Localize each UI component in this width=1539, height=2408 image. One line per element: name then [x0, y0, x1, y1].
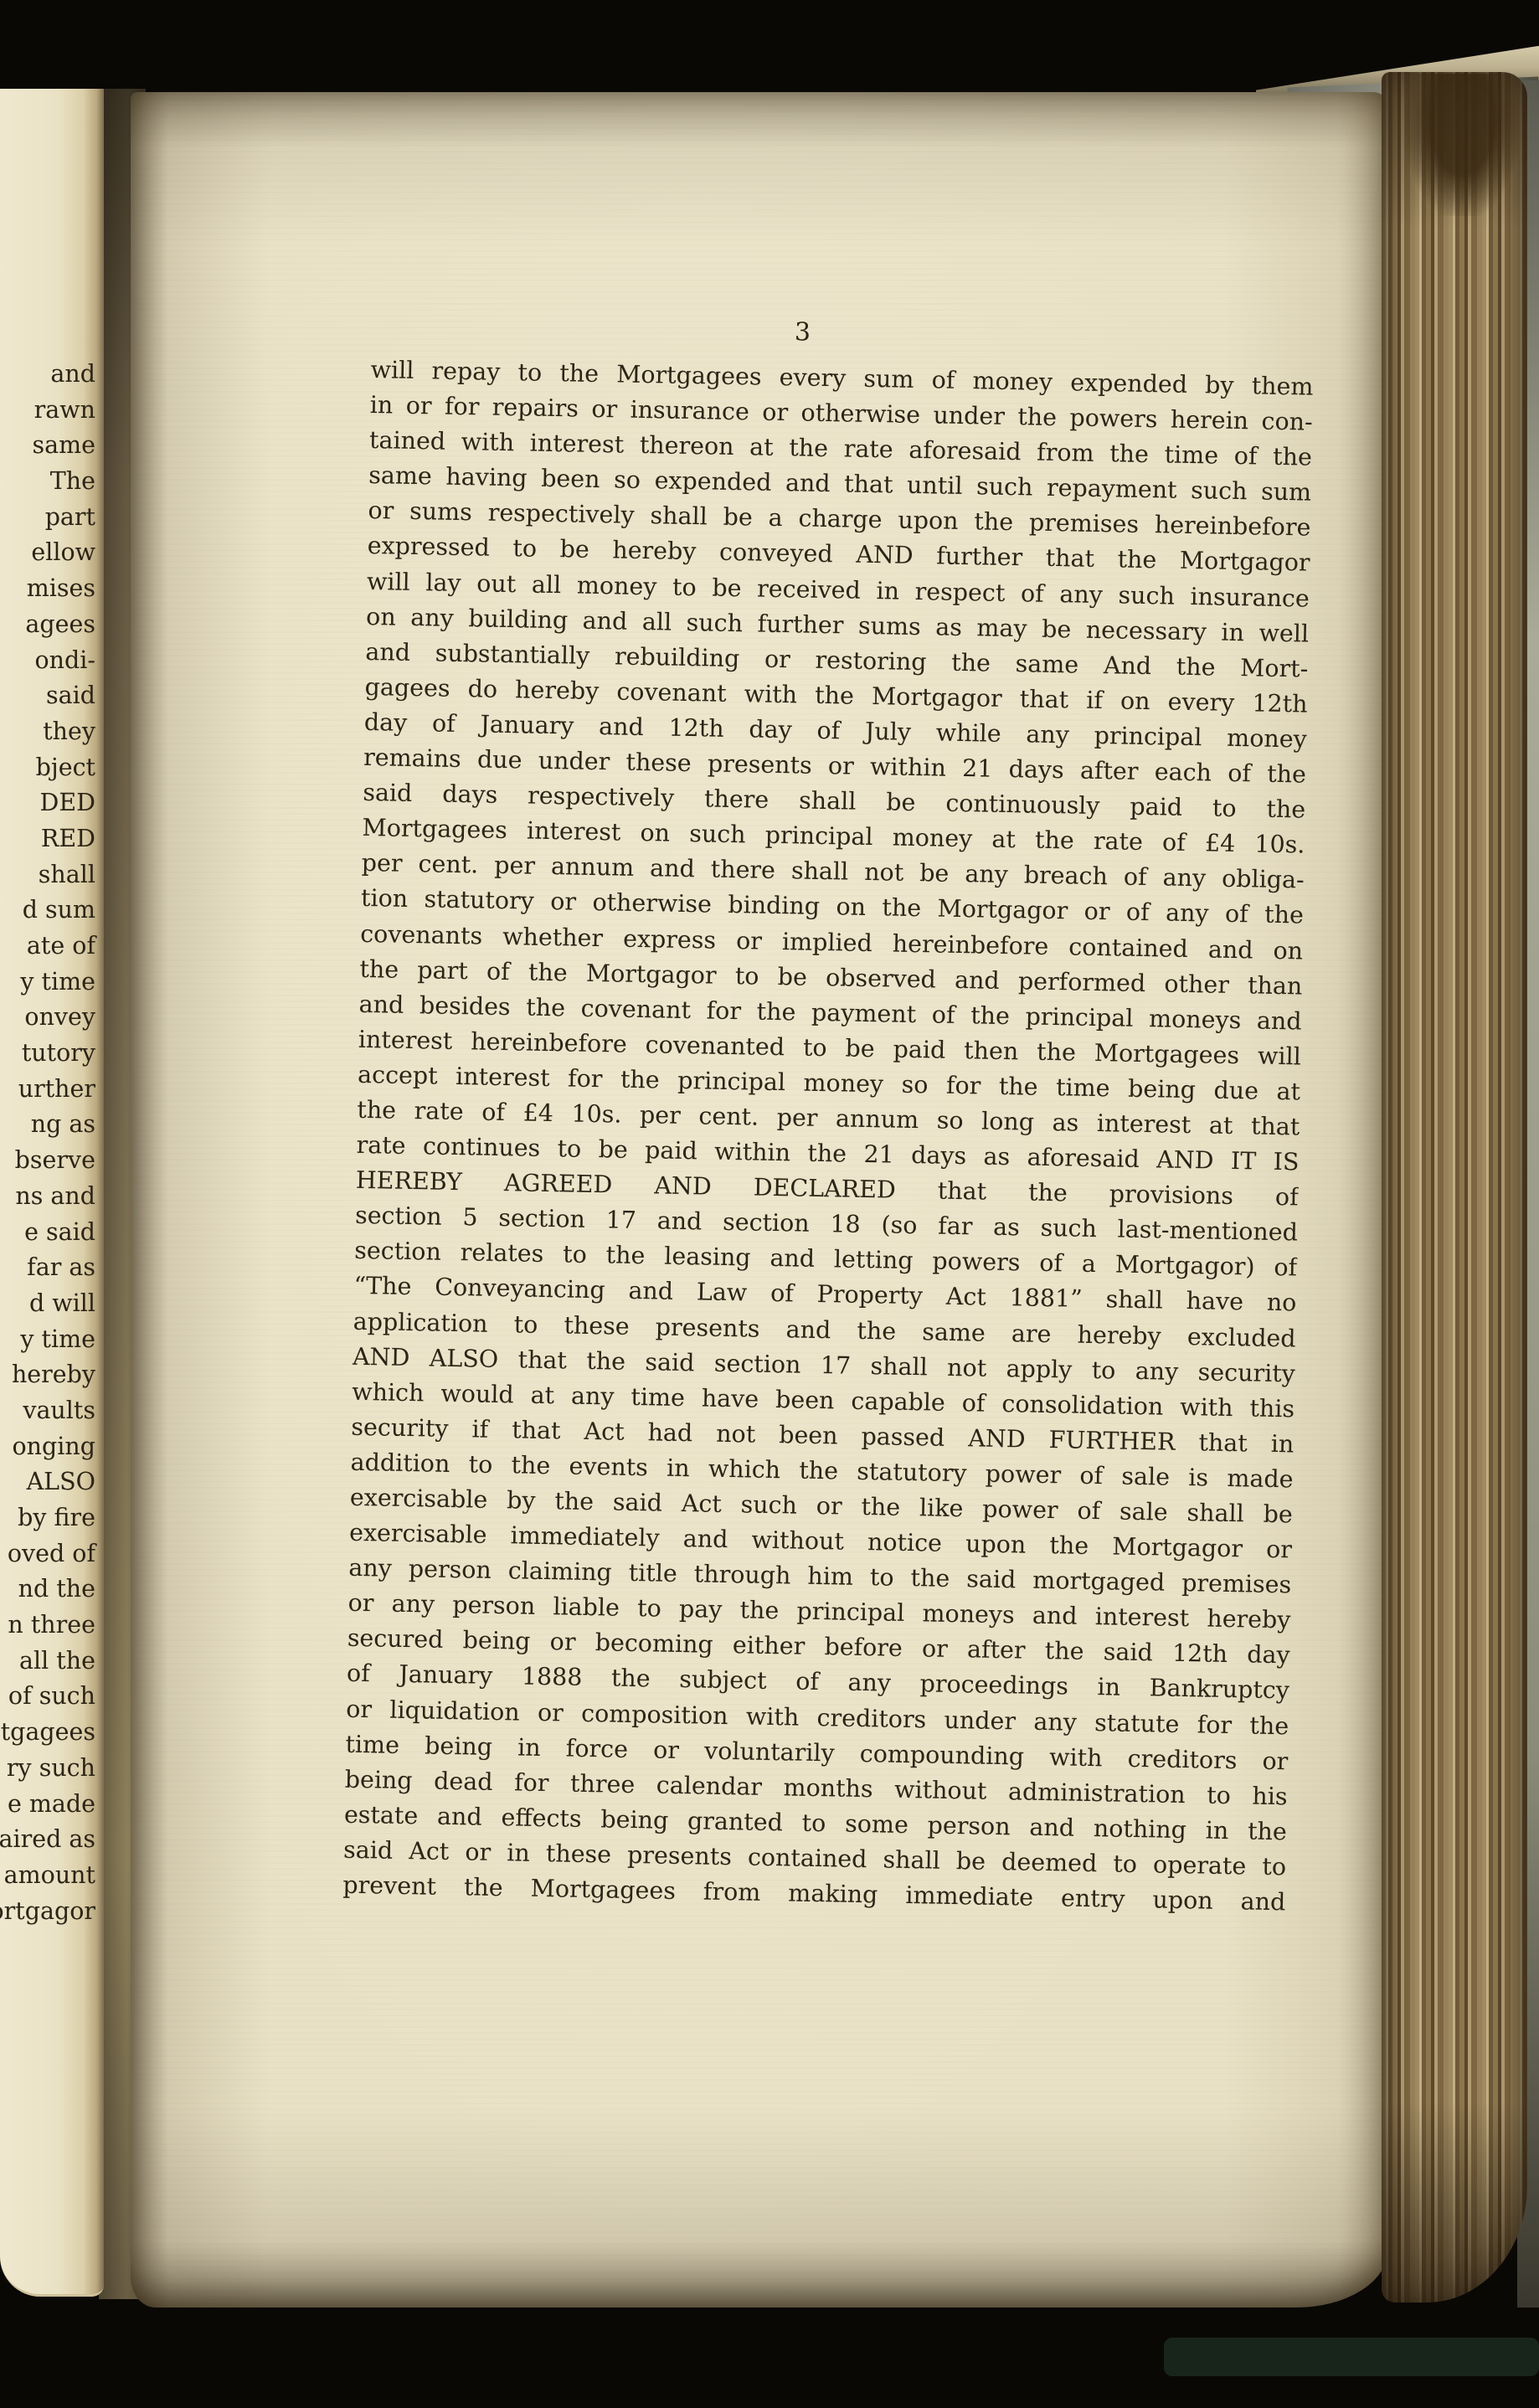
cutoff-text-fragment: ry such: [0, 1751, 95, 1787]
cutoff-text-fragment: ortgagor: [0, 1894, 95, 1930]
photo-of-book: { "book_page": { "page_number": "3", "bo…: [0, 0, 1539, 2408]
fore-edge-page-stack: [1382, 72, 1527, 2303]
fore-edge-worn-patch: [1405, 74, 1519, 216]
cutoff-text-fragment: amount: [0, 1858, 95, 1894]
cutoff-text-fragment: The: [0, 464, 95, 500]
cutoff-text-fragment: mises: [0, 571, 95, 607]
cutoff-text-fragment: by fire: [0, 1500, 95, 1536]
cutoff-text-fragment: ng as: [0, 1107, 95, 1143]
cutoff-text-fragment: part: [0, 500, 95, 536]
cutoff-text-fragment: d sum: [0, 893, 95, 929]
cutoff-text-fragment: ondi-: [0, 643, 95, 679]
cutoff-text-fragment: aired as: [0, 1822, 95, 1858]
cutoff-text-fragment: onging: [0, 1429, 95, 1465]
cutoff-text-fragment: e said: [0, 1215, 95, 1251]
cutoff-text-fragment: bserve: [0, 1143, 95, 1179]
cutoff-text-fragment: they: [0, 714, 95, 750]
cutoff-text-fragment: n three: [0, 1608, 95, 1644]
cutoff-text-fragment: said: [0, 678, 95, 714]
cutoff-text-fragment: bject: [0, 750, 95, 786]
cutoff-text-fragment: agees: [0, 607, 95, 643]
page-text-block: 3 will repay to the Mortgagees every sum…: [342, 352, 1314, 1935]
cutoff-text-fragment: same: [0, 428, 95, 464]
cutoff-text-fragment: d will: [0, 1286, 95, 1322]
cutoff-text-fragment: shall: [0, 857, 95, 893]
cutoff-text-fragment: y time: [0, 1322, 95, 1358]
cutoff-text-fragment: e made: [0, 1787, 95, 1823]
cutoff-text-fragment: nd the: [0, 1572, 95, 1608]
cutoff-text-fragment: ns and: [0, 1179, 95, 1215]
cutoff-text-fragment: RED: [0, 821, 95, 857]
cutoff-text-fragment: of such: [0, 1679, 95, 1715]
cutoff-text-fragment: ALSO: [0, 1464, 95, 1500]
cutoff-text-fragment: rawn: [0, 393, 95, 429]
cutoff-text-fragment: hereby: [0, 1357, 95, 1393]
cutoff-text-fragment: y time: [0, 965, 95, 1001]
cutoff-text-fragment: all the: [0, 1644, 95, 1680]
cutoff-text-fragment: ellow: [0, 535, 95, 571]
cutoff-text-fragment: DED: [0, 785, 95, 821]
cutoff-text-fragment: tgagees: [0, 1715, 95, 1751]
facing-page-sliver: and rawn same The part ellow mises agees…: [0, 89, 104, 2297]
cutoff-text-fragment: urther: [0, 1072, 95, 1108]
cutoff-text-fragment: tutory: [0, 1036, 95, 1072]
cutoff-text-fragment: vaults: [0, 1393, 95, 1429]
cutoff-text-fragment: far as: [0, 1250, 95, 1286]
bottom-cloth-band: [1164, 2338, 1539, 2376]
book-page: 3 will repay to the Mortgagees every sum…: [131, 92, 1388, 2308]
cutoff-text-fragment: ate of: [0, 929, 95, 965]
page-number: 3: [769, 315, 836, 352]
cutoff-text-column: and rawn same The part ellow mises agees…: [0, 357, 95, 1929]
cutoff-text-fragment: and: [0, 357, 95, 393]
cutoff-text-fragment: onvey: [0, 1000, 95, 1036]
cutoff-text-fragment: oved of: [0, 1536, 95, 1572]
